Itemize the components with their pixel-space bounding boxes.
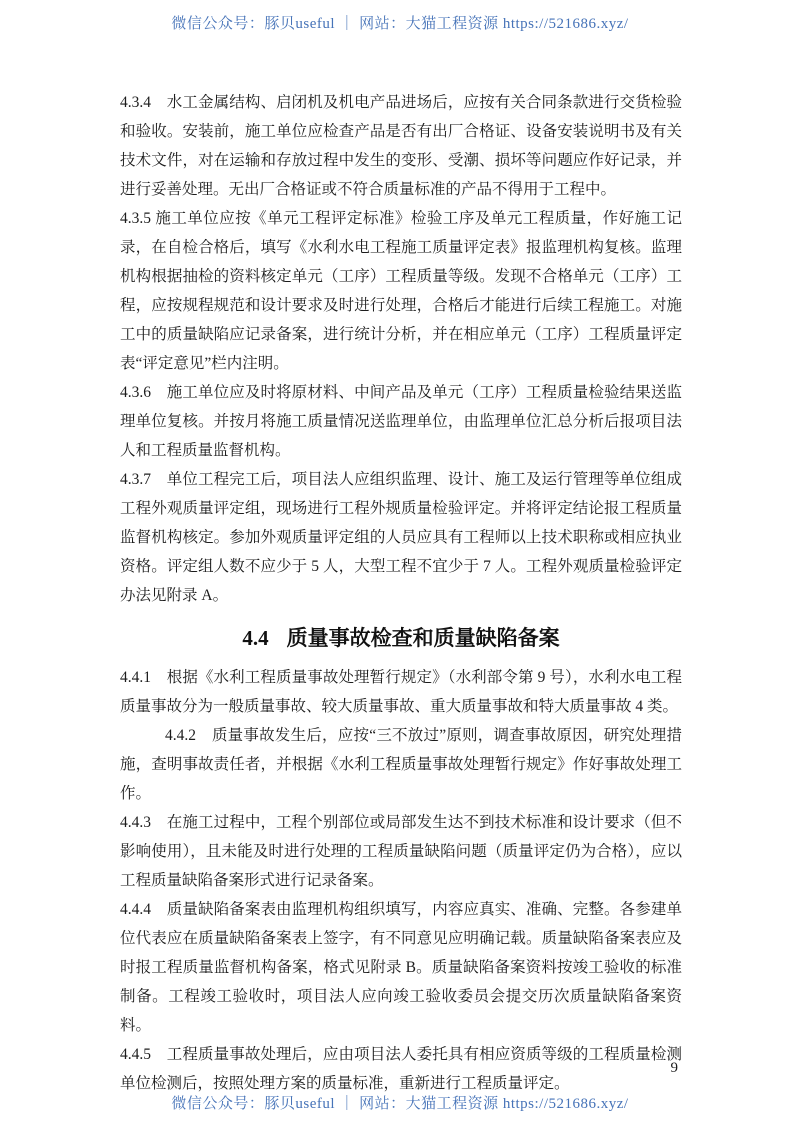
paragraph-4-4-2: 4.4.2 质量事故发生后，应按“三不放过”原则，调查事故原因，研究处理措施，查… (120, 721, 682, 808)
header-watermark-text: 微信公众号：豚贝useful ｜ 网站：大猫工程资源 https://52168… (0, 12, 800, 33)
section-heading-title: 质量事故检查和质量缺陷备案 (287, 627, 560, 650)
paragraph-4-3-4: 4.3.4 水工金属结构、启闭机及机电产品进场后，应按有关合同条款进行交货检验和… (120, 88, 682, 204)
page-number: 9 (671, 1060, 679, 1077)
section-heading-4-4: 4.4质量事故检查和质量缺陷备案 (120, 623, 682, 654)
footer-watermark-text: 微信公众号：豚贝useful ｜ 网站：大猫工程资源 https://52168… (0, 1092, 800, 1113)
paragraph-4-4-1: 4.4.1 根据《水利工程质量事故处理暂行规定》（水利部令第 9 号），水利水电… (120, 663, 682, 721)
paragraph-4-3-6: 4.3.6 施工单位应及时将原材料、中间产品及单元（工序）工程质量检验结果送监理… (120, 378, 682, 465)
paragraph-4-4-5: 4.4.5 工程质量事故处理后，应由项目法人委托具有相应资质等级的工程质量检测单… (120, 1040, 682, 1098)
paragraph-4-4-4: 4.4.4 质量缺陷备案表由监理机构组织填写，内容应真实、准确、完整。各参建单位… (120, 895, 682, 1040)
paragraph-4-4-3: 4.4.3 在施工过程中，工程个别部位或局部发生达不到技术标准和设计要求（但不影… (120, 808, 682, 895)
section-heading-number: 4.4 (242, 626, 268, 650)
document-body: 4.3.4 水工金属结构、启闭机及机电产品进场后，应按有关合同条款进行交货检验和… (120, 88, 682, 1098)
document-page: 微信公众号：豚贝useful ｜ 网站：大猫工程资源 https://52168… (0, 0, 800, 1131)
paragraph-4-3-7: 4.3.7 单位工程完工后，项目法人应组织监理、设计、施工及运行管理等单位组成工… (120, 465, 682, 610)
paragraph-4-3-5: 4.3.5 施工单位应按《单元工程评定标准》检验工序及单元工程质量，作好施工记录… (120, 204, 682, 378)
